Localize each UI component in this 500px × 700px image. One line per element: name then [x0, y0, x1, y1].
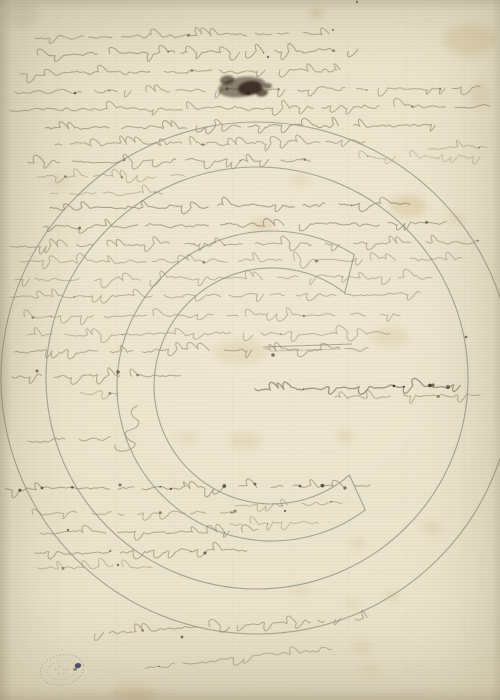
- ink-specks: [36, 1, 468, 639]
- copyright-watermark-icon: [1, 122, 500, 634]
- ink-blotch: [217, 74, 273, 100]
- manuscript-scan: [0, 0, 500, 700]
- archive-stamp: [37, 651, 86, 689]
- manuscript-page: [0, 0, 500, 700]
